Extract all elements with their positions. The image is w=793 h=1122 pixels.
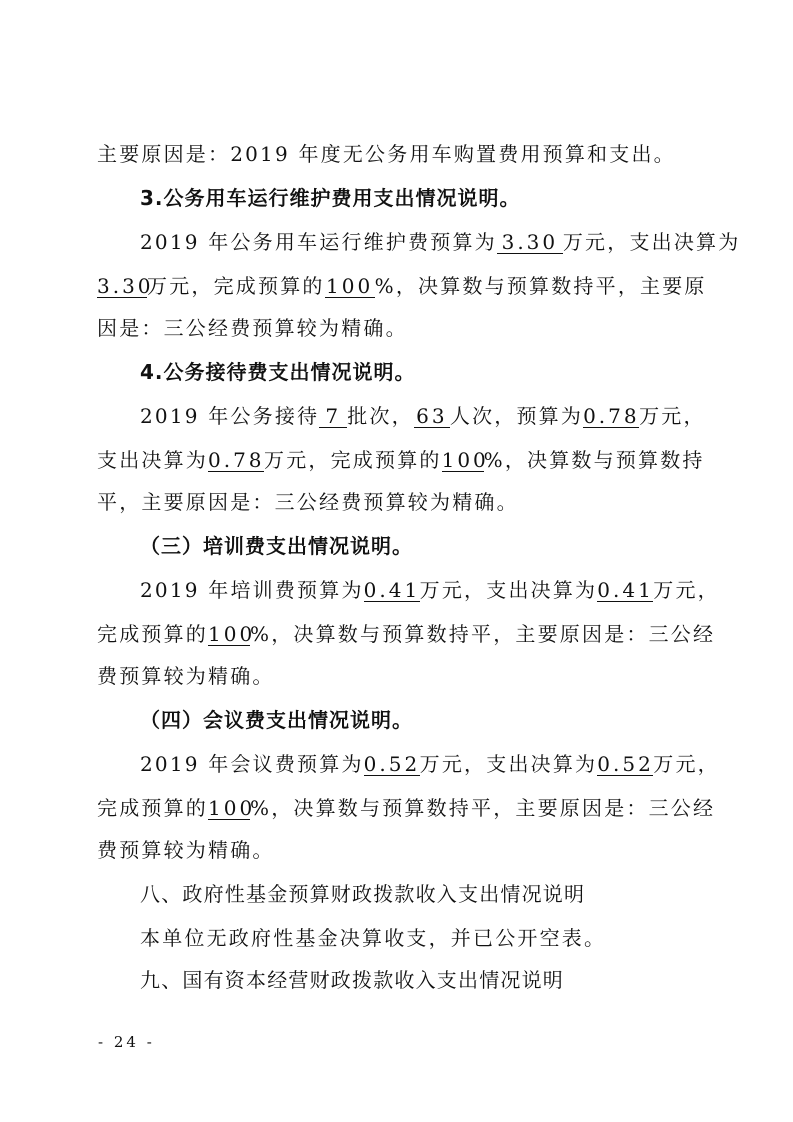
text: 万元，支出决算为 bbox=[563, 230, 741, 254]
text: 万元，支出决算为 bbox=[420, 578, 598, 602]
text: 2019 年公务接待 bbox=[140, 404, 319, 428]
text: 人次，预算为 bbox=[450, 404, 583, 428]
text: 2019 年公务用车运行维护费预算为 bbox=[140, 230, 497, 254]
section-heading-reception: 4.公务接待费支出情况说明。 bbox=[140, 358, 416, 386]
text: 万元，完成预算的 bbox=[264, 448, 442, 472]
filled-value-budget: 3.30 bbox=[497, 231, 563, 254]
paragraph-line: 因是：三公经费预算较为精确。 bbox=[97, 314, 408, 342]
text: %，决算数与预算数持平，主要原因是：三公经 bbox=[250, 796, 715, 820]
paragraph-line: 2019 年培训费预算为0.41万元，支出决算为0.41万元， bbox=[140, 576, 720, 604]
text: 万元，支出决算为 bbox=[420, 752, 598, 776]
filled-value-percent: 100 bbox=[442, 449, 484, 472]
paragraph-line: 费预算较为精确。 bbox=[97, 662, 275, 690]
paragraph-line: 平，主要原因是：三公经费预算较为精确。 bbox=[97, 488, 519, 516]
paragraph-line: 3.30万元，完成预算的100%，决算数与预算数持平，主要原 bbox=[97, 272, 707, 300]
section-heading-meetings: （四）会议费支出情况说明。 bbox=[140, 706, 413, 734]
filled-value-budget: 0.41 bbox=[364, 579, 420, 602]
text: 万元， bbox=[653, 752, 720, 776]
paragraph-line: 2019 年公务用车运行维护费预算为3.30万元，支出决算为 bbox=[140, 228, 740, 256]
paragraph-line: 完成预算的100%，决算数与预算数持平，主要原因是：三公经 bbox=[97, 620, 715, 648]
text: 完成预算的 bbox=[97, 796, 208, 820]
section-heading-vehicle-maintenance: 3.公务用车运行维护费用支出情况说明。 bbox=[140, 184, 521, 212]
paragraph-line: 2019 年会议费预算为0.52万元，支出决算为0.52万元， bbox=[140, 750, 720, 778]
paragraph-line: 本单位无政府性基金决算收支，并已公开空表。 bbox=[140, 924, 606, 952]
text: 2019 年培训费预算为 bbox=[140, 578, 364, 602]
paragraph-line: 2019 年公务接待7批次，63人次，预算为0.78万元， bbox=[140, 402, 706, 430]
text: 万元， bbox=[653, 578, 720, 602]
section-heading-training: （三）培训费支出情况说明。 bbox=[140, 532, 413, 560]
filled-value-persons: 63 bbox=[414, 405, 450, 428]
text: %，决算数与预算数持平，主要原因是：三公经 bbox=[250, 622, 715, 646]
filled-value-percent: 100 bbox=[325, 275, 375, 298]
text: 完成预算的 bbox=[97, 622, 208, 646]
text: 万元，完成预算的 bbox=[147, 274, 325, 298]
filled-value-budget: 0.52 bbox=[364, 753, 420, 776]
text: %，决算数与预算数持 bbox=[484, 448, 705, 472]
section-heading-gov-fund: 八、政府性基金预算财政拨款收入支出情况说明 bbox=[140, 880, 585, 908]
text: 万元， bbox=[639, 404, 706, 428]
paragraph-line: 费预算较为精确。 bbox=[97, 836, 275, 864]
filled-value-actual: 0.41 bbox=[597, 579, 653, 602]
text: 支出决算为 bbox=[97, 448, 208, 472]
filled-value-percent: 100 bbox=[208, 797, 250, 820]
filled-value-actual: 0.52 bbox=[597, 753, 653, 776]
filled-value-budget: 0.78 bbox=[583, 405, 639, 428]
paragraph-line: 完成预算的100%，决算数与预算数持平，主要原因是：三公经 bbox=[97, 794, 715, 822]
paragraph-line: 主要原因是：2019 年度无公务用车购置费用预算和支出。 bbox=[97, 140, 676, 168]
filled-value-percent: 100 bbox=[208, 623, 250, 646]
text: 批次， bbox=[347, 404, 414, 428]
page-number: - 24 - bbox=[98, 1033, 155, 1051]
paragraph-line: 支出决算为0.78万元，完成预算的100%，决算数与预算数持 bbox=[97, 446, 705, 474]
filled-value-actual: 0.78 bbox=[208, 449, 264, 472]
filled-value-batches: 7 bbox=[319, 405, 347, 428]
section-heading-state-capital: 九、国有资本经营财政拨款收入支出情况说明 bbox=[140, 966, 564, 994]
filled-value-actual: 3.30 bbox=[97, 275, 147, 298]
text: %，决算数与预算数持平，主要原 bbox=[375, 274, 707, 298]
text: 2019 年会议费预算为 bbox=[140, 752, 364, 776]
